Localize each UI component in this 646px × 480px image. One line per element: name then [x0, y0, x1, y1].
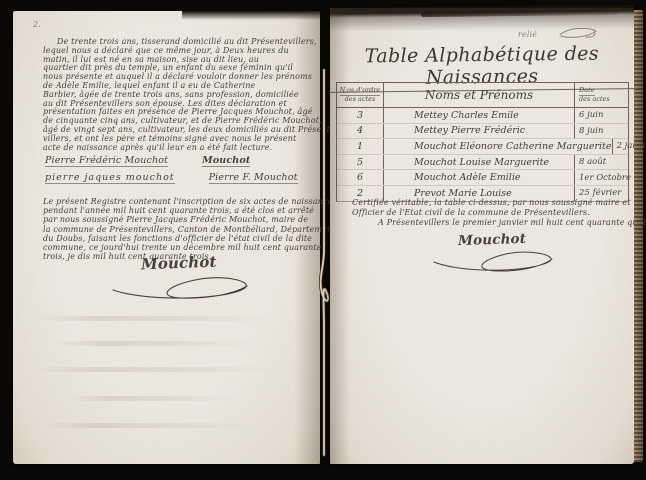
bleedthrough-smudge: [33, 367, 283, 372]
col-header-order-number: N.os d'ordre des actes: [337, 83, 384, 107]
closure-line: du Doubs, faisant les fonctions d'offici…: [43, 234, 317, 243]
cell-date: 8 août: [574, 155, 628, 170]
closure-line: par nous soussigné Pierre Jacques Frédér…: [43, 215, 317, 224]
cell-name: Mettey Pierre Frédéric: [384, 124, 574, 139]
archive-scan: 2. De trente trois ans, tisserand domici…: [0, 0, 646, 480]
closure-line: commune, ce jourd'hui trente un décembre…: [43, 243, 317, 252]
witness-signature: Pierre Frédéric Mouchot: [45, 155, 168, 167]
col-header-date: Date des actes: [574, 83, 628, 107]
signature-flourish: [422, 244, 562, 278]
certification-text: Certifiée véritable, la table ci-dessus,…: [352, 198, 626, 228]
header-line: Noms et Prénoms: [425, 88, 533, 102]
bleedthrough-smudge: [53, 341, 253, 346]
signature-flourish: [99, 268, 259, 306]
certification-line: Certifiée véritable, la table ci-dessus,…: [352, 198, 626, 208]
bleedthrough-smudge: [68, 396, 238, 401]
cell-order-number: 1: [337, 139, 384, 154]
cell-name: Mouchot Louise Marguerite: [384, 155, 574, 170]
closure-line: la commune de Présentevillers, Canton de…: [43, 225, 317, 234]
table-row: 6 Mouchot Adèle Emilie 1er Octobre: [337, 170, 628, 186]
table-row: 1 Mouchot Eléonore Catherine Marguerite …: [337, 139, 628, 155]
certification-line: A Présentevillers le premier janvier mil…: [352, 218, 626, 228]
table-row: 5 Mouchot Louise Marguerite 8 août: [337, 155, 628, 171]
corner-pencil-mark: 2.: [33, 20, 41, 29]
certification-line: Officier de l'Etat civil de la commune d…: [352, 208, 626, 218]
cell-date: 6 juin: [574, 108, 628, 123]
cell-name: Mettey Charles Emile: [384, 108, 574, 123]
pencil-paraph: [556, 24, 600, 42]
witness-signature: pierre jaques mouchot: [45, 172, 175, 184]
cell-order-number: 3: [337, 108, 384, 123]
cell-name: Mouchot Adèle Emilie: [384, 170, 574, 185]
cell-order-number: 5: [337, 155, 384, 170]
header-line: des actes: [579, 96, 610, 104]
cell-order-number: 4: [337, 124, 384, 139]
act-line: acte de naissance après qu'il leur en a …: [43, 144, 317, 153]
witness-signatures-row: pierre jaques mouchot Pierre F. Mouchot: [45, 172, 298, 184]
closure-line: Le présent Registre contenant l'inscript…: [43, 197, 317, 206]
table-row: 4 Mettey Pierre Frédéric 8 juin: [337, 124, 628, 140]
header-line: des actes: [345, 96, 376, 104]
births-index-table: N.os d'ordre des actes Noms et Prénoms D…: [336, 82, 629, 202]
cell-date: 1er Octobre: [574, 170, 628, 185]
witness-signatures-row: Pierre Frédéric Mouchot Mouchot: [45, 155, 250, 167]
witness-signature: Mouchot: [202, 155, 250, 167]
table-row: 3 Mettey Charles Emile 6 juin: [337, 108, 628, 124]
closure-line: pendant l'année mil huit cent quarante t…: [43, 206, 317, 215]
left-page: 2. De trente trois ans, tisserand domici…: [13, 11, 320, 464]
birth-act-text: De trente trois ans, tisserand domicilié…: [43, 38, 317, 152]
table-header-row: N.os d'ordre des actes Noms et Prénoms D…: [337, 83, 628, 108]
cell-date: 8 juin: [574, 124, 628, 139]
page-edge-stack: [634, 10, 643, 462]
col-header-names: Noms et Prénoms: [384, 83, 574, 107]
register-closure-text: Le présent Registre contenant l'inscript…: [43, 197, 317, 261]
right-page: relié Table Alphabétique des Naissances …: [330, 8, 634, 464]
page-top-shadow: [182, 11, 320, 20]
bleedthrough-smudge: [37, 316, 277, 321]
witness-signature: Pierre F. Mouchot: [209, 172, 298, 184]
cell-order-number: 6: [337, 170, 384, 185]
cell-name: Mouchot Eléonore Catherine Marguerite: [384, 139, 612, 154]
pencil-annotation: relié: [518, 30, 537, 39]
bleedthrough-smudge: [43, 423, 253, 428]
